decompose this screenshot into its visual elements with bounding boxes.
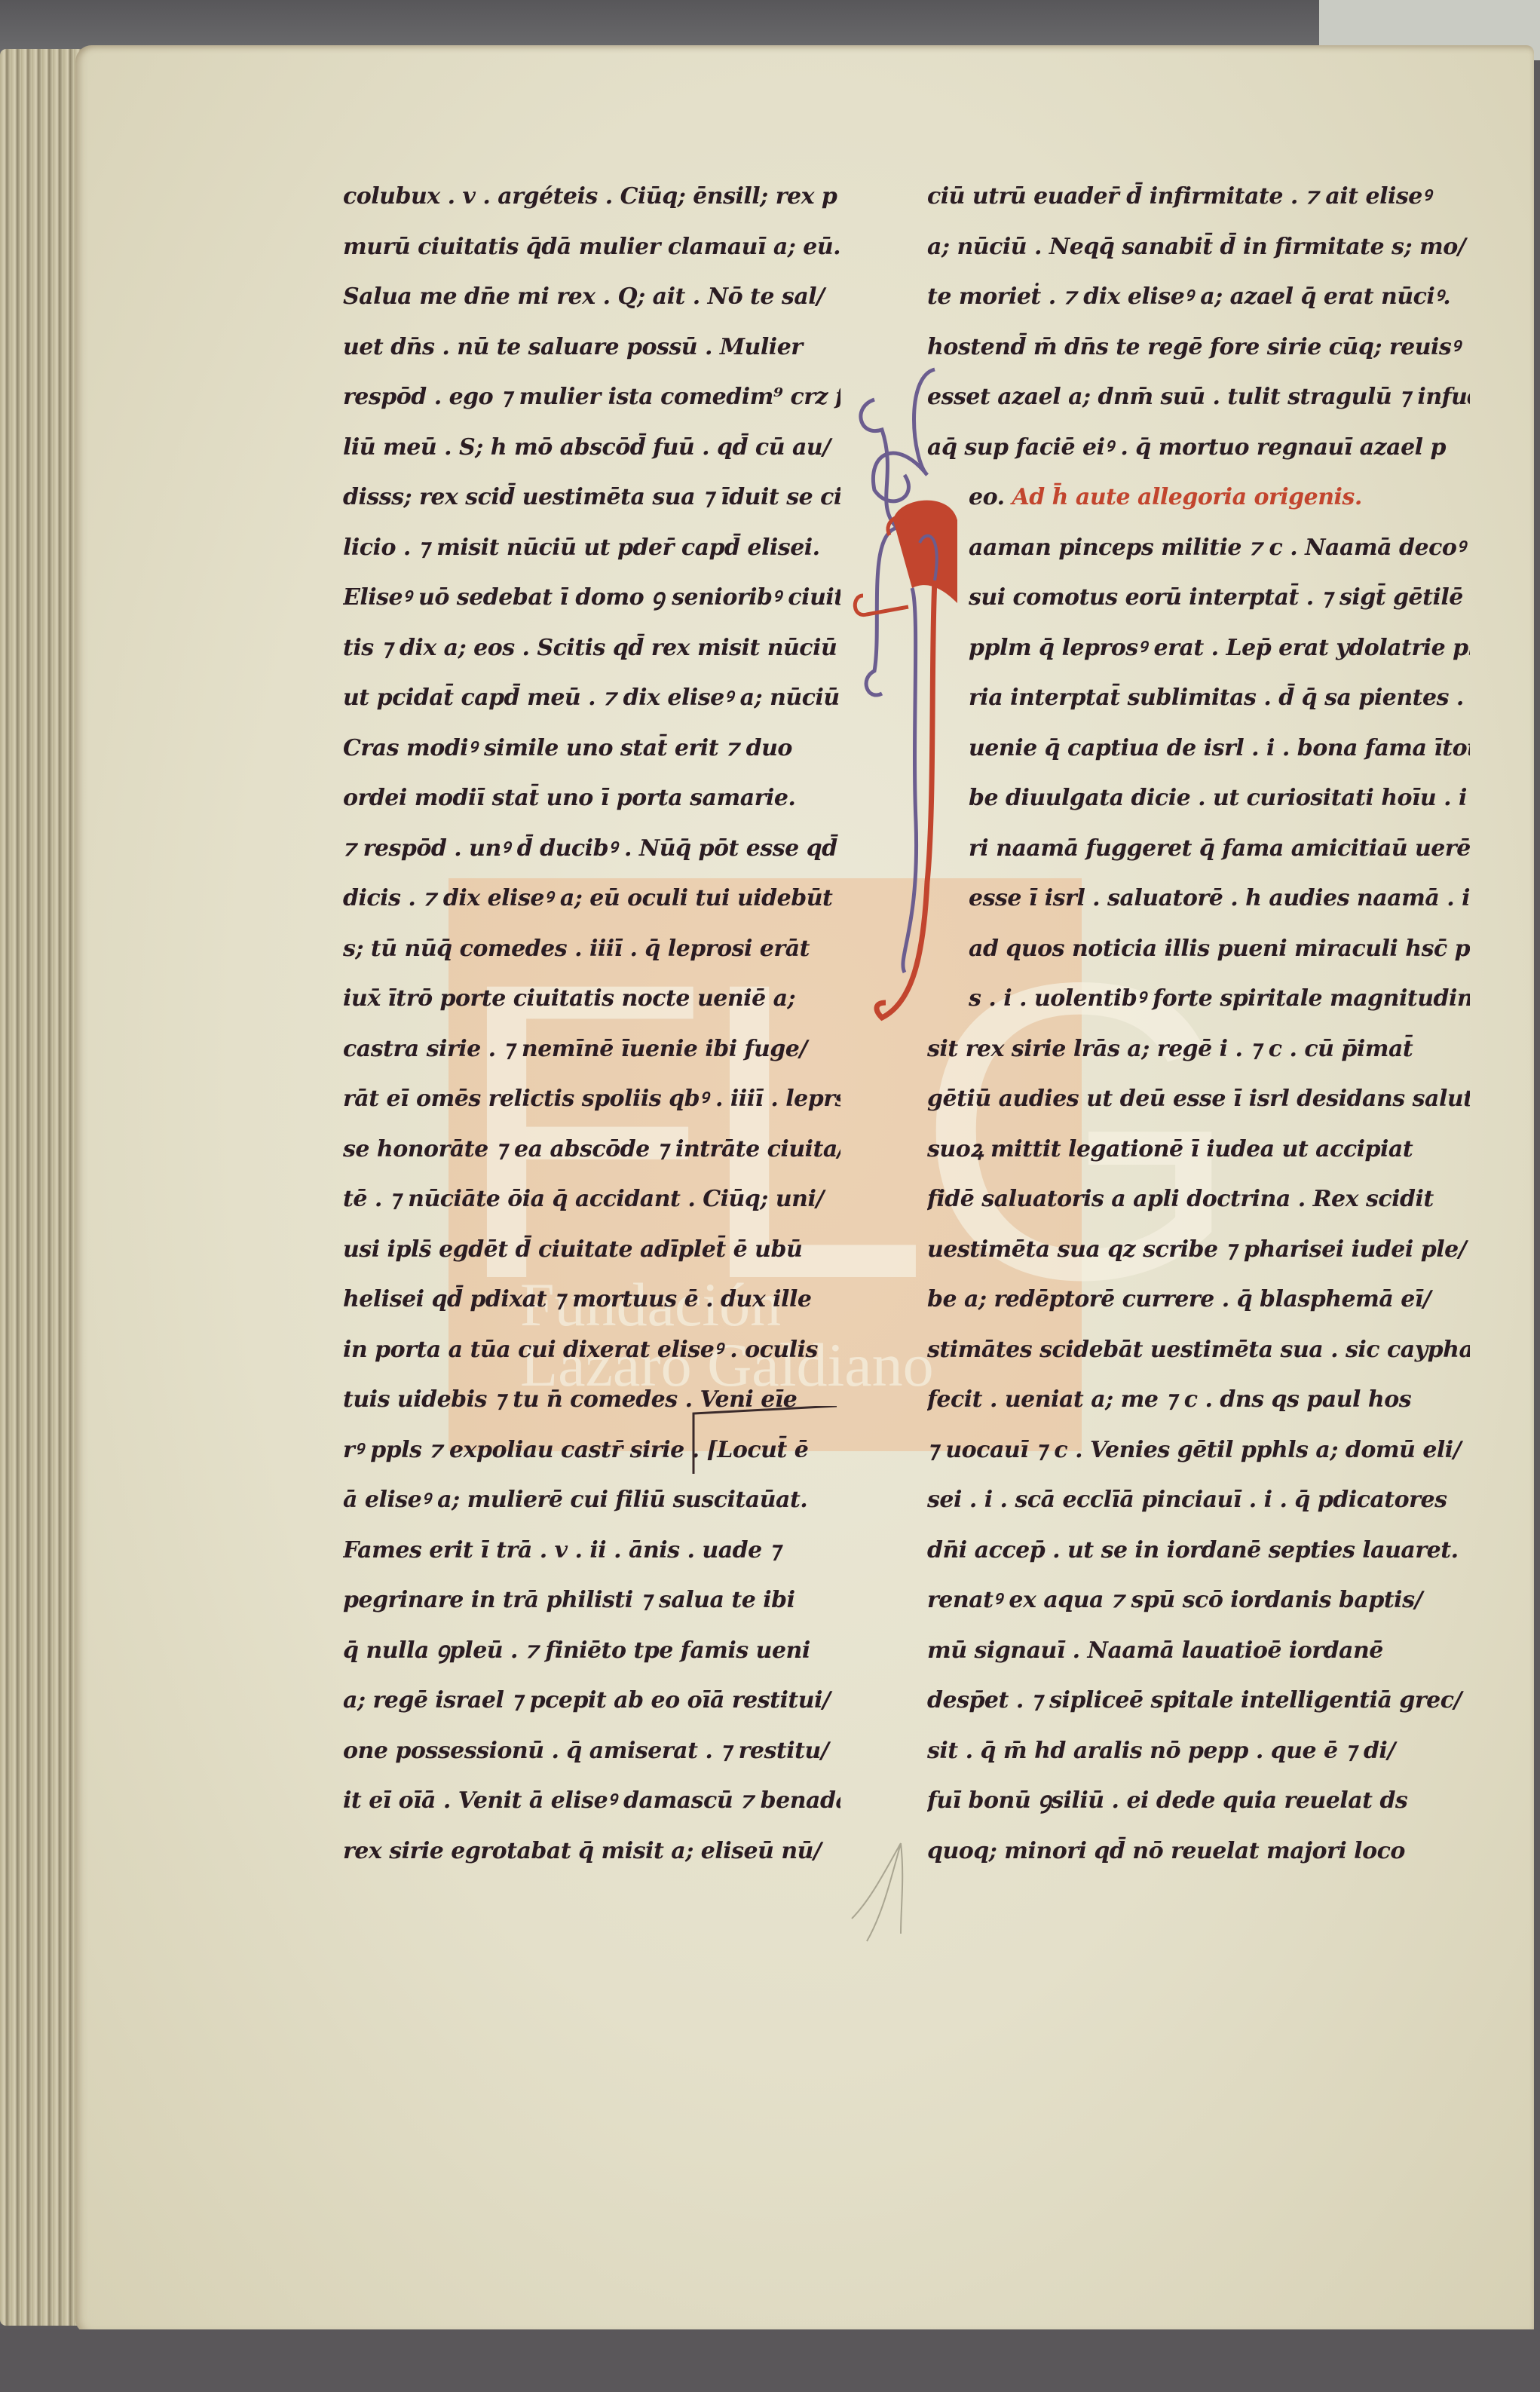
text-line: castra sirie . ⁊ nemīnē īuenie ibi fuge/ (343, 1024, 840, 1075)
text-line: respōd . ego ⁊ mulier ista comedim⁹ crz … (343, 372, 840, 423)
text-line: licio . ⁊ misit nūciū ut pder̄ capd̄ eli… (343, 523, 840, 574)
text-line: iux̄ ītrō porte ciuitatis nocte ueniē a; (343, 974, 840, 1024)
text-line: s . i . uolentibꝰ forte spiritale magnit… (927, 974, 1470, 1024)
text-line-body: mū signauī . Naamā lauatioē iordanē (927, 1637, 1383, 1664)
text-line-body: sei . i . scā ecclīā pinciauī . i . q̄ p… (927, 1487, 1447, 1513)
text-line: uestimēta sua qz scribe ⁊ pharisei iudei… (927, 1225, 1470, 1276)
text-line: be diuulgata dicie . ut curiositati hoīu… (927, 773, 1470, 824)
text-line: quoq; minori qd̄ nō reuelat majori loco (927, 1827, 1470, 1877)
text-line: pplm q̄ leprosꝰ erat . Lep̄ erat ydolatr… (927, 623, 1470, 674)
text-column-right: ciū utrū euader̄ d̄ infirmitate . ⁊ ait … (927, 172, 1470, 1876)
text-line: ⁊ uocauī ⁊ c . Venies gētil pphls a; dom… (927, 1426, 1470, 1476)
text-line-body: stimātes scidebāt uestimēta sua . sic ca… (927, 1337, 1470, 1363)
text-line: suoꝝ mittit legationē ī iudea ut accipia… (927, 1125, 1470, 1175)
text-line: helisei qd̄ pdixat ⁊ mortuus ē . dux ill… (343, 1275, 840, 1325)
text-line: ā eliseꝰ a; mulierē cui filiū suscitaūat… (343, 1475, 840, 1526)
text-line: in porta a tūa cui dixerat eliseꝰ . ocul… (343, 1325, 840, 1376)
text-line: hostend̄ m̄ dn̄s te regē fore sirie cūq;… (927, 323, 1470, 373)
text-line-body: renatꝰ ex aqua ⁊ spū scō iordanis baptis… (927, 1587, 1422, 1613)
pencil-annotation-icon (848, 1839, 908, 1952)
text-line-body: sit rex sirie lrās a; regē i . ⁊ c . cū … (927, 1036, 1413, 1062)
text-line-body: s . i . uolentibꝰ forte spiritale magnit… (969, 985, 1470, 1012)
text-line-body: fecit . ueniat a; me ⁊ c . dns qs paul h… (927, 1386, 1411, 1413)
text-line-body: pplm q̄ leprosꝰ erat . Lep̄ erat ydolatr… (969, 635, 1470, 661)
text-line: pegrinare in trā philisti ⁊ salua te ibi (343, 1576, 840, 1626)
text-line-body: ria interptat̄ sublimitas . d̄ q̄ sa pie… (969, 685, 1470, 711)
text-line: usi ipls̄ egdēt d̄ ciuitate adīplet̄ ē u… (343, 1225, 840, 1276)
text-line: se honorāte ⁊ ea abscōde ⁊ intrāte ciuit… (343, 1125, 840, 1175)
text-line: mū signauī . Naamā lauatioē iordanē (927, 1626, 1470, 1677)
text-line: renatꝰ ex aqua ⁊ spū scō iordanis baptis… (927, 1576, 1470, 1626)
photo-backdrop-bottom (0, 2329, 1540, 2392)
text-line-body: esset azael a; dnm̄ suū . tulit stragulū… (927, 384, 1470, 410)
text-line-body: ⁊ uocauī ⁊ c . Venies gētil pphls a; dom… (927, 1437, 1461, 1463)
text-line-body: ri naamā fuggeret q̄ fama amicitiaū uerē… (969, 835, 1470, 862)
text-line-body: esse ī isrl . saluatorē . h audies naamā… (969, 885, 1470, 911)
text-line-body: sui comotus eorū interptat̄ . ⁊ sigt̄ gē… (969, 584, 1463, 611)
text-line: aaman pinceps militie ⁊ c . Naamā decoꝰ (927, 523, 1470, 574)
text-line: desp̄et . ⁊ sipliceē spitale intelligent… (927, 1676, 1470, 1726)
text-line: fecit . ueniat a; me ⁊ c . dns qs paul h… (927, 1375, 1470, 1426)
text-line: uenie q̄ captiua de isrl . i . bona fama… (927, 724, 1470, 774)
text-line-body: ad quos noticia illis pueni miraculi hsc… (969, 936, 1470, 962)
text-line: Fames erit ī trā . v . ii . ānis . uade … (343, 1526, 840, 1576)
text-line: esset azael a; dnm̄ suū . tulit stragulū… (927, 372, 1470, 423)
text-line: disss; rex scid̄ uestimēta sua ⁊ īduit s… (343, 473, 840, 523)
text-line: sei . i . scā ecclīā pinciauī . i . q̄ p… (927, 1475, 1470, 1526)
text-line: tē . ⁊ nūciāte ōia q̄ accidant . Ciūq; u… (343, 1175, 840, 1225)
text-line: ordei modiī stat̄ uno ī porta samarie. (343, 773, 840, 824)
text-line: sit rex sirie lrās a; regē i . ⁊ c . cū … (927, 1024, 1470, 1075)
text-line-body: uestimēta sua qz scribe ⁊ pharisei iudei… (927, 1236, 1466, 1263)
text-line: be a; redēptorē currere . q̄ blasphemā e… (927, 1275, 1470, 1325)
text-line-body: hostend̄ m̄ dn̄s te regē fore sirie cūq;… (927, 334, 1459, 360)
text-line-body: be a; redēptorē currere . q̄ blasphemā e… (927, 1286, 1431, 1312)
text-line-body: uenie q̄ captiua de isrl . i . bona fama… (969, 735, 1470, 761)
text-line-body: dn̄i accep̄ . ut se in iordanē septies l… (927, 1537, 1459, 1564)
text-line: fidē saluatoris a apli doctrina . Rex sc… (927, 1175, 1470, 1225)
text-line: Cras modiꝰ simile uno stat̄ erit ⁊ duo (343, 724, 840, 774)
text-line: aq̄ sup faciē eiꝰ . q̄ mortuo regnauī az… (927, 423, 1470, 473)
text-line-body: eo. (969, 484, 1012, 510)
text-line-body: aq̄ sup faciē eiꝰ . q̄ mortuo regnauī az… (927, 434, 1446, 461)
marginal-bracket-icon (690, 1406, 840, 1474)
text-line: murū ciuitatis q̄dā mulier clamauī a; eū… (343, 222, 840, 273)
text-line: ria interptat̄ sublimitas . d̄ q̄ sa pie… (927, 673, 1470, 724)
decorated-initial-n-icon (852, 354, 957, 1033)
text-line: stimātes scidebāt uestimēta sua . sic ca… (927, 1325, 1470, 1376)
text-line-body: fidē saluatoris a apli doctrina . Rex sc… (927, 1186, 1434, 1212)
text-line: tis ⁊ dix a; eos . Scitis qd̄ rex misit … (343, 623, 840, 674)
text-line: rex sirie egrotabat q̄ misit a; eliseū n… (343, 1827, 840, 1877)
text-line-body: sit . q̄ m̄ hd aralis nō pepp . que ē ⁊ … (927, 1738, 1395, 1764)
text-line: eo. Ad h̄ aute allegoria origenis. (927, 473, 1470, 523)
text-line-body: ciū utrū euader̄ d̄ infirmitate . ⁊ ait … (927, 183, 1431, 210)
text-line-body: be diuulgata dicie . ut curiositati hoīu… (969, 785, 1470, 811)
text-line: it eī oīā . Venit ā eliseꝰ damascū ⁊ ben… (343, 1776, 840, 1827)
text-line-body: aaman pinceps militie ⁊ c . Naamā decoꝰ (969, 534, 1465, 561)
text-line: ad quos noticia illis pueni miraculi hsc… (927, 924, 1470, 975)
text-line: s; tū nūq̄ comedes . iiiī . q̄ leprosi e… (343, 924, 840, 975)
text-line-body: quoq; minori qd̄ nō reuelat majori loco (927, 1838, 1405, 1864)
text-line-body: desp̄et . ⁊ sipliceē spitale intelligent… (927, 1687, 1462, 1714)
text-line: ⁊ respōd . unꝰ d̄ ducibꝰ . Nūq̄ pōt esse… (343, 824, 840, 874)
rubric-heading: Ad h̄ aute allegoria origenis. (1012, 484, 1361, 510)
text-line: sui comotus eorū interptat̄ . ⁊ sigt̄ gē… (927, 573, 1470, 623)
text-line-body: fuī bonū ꝯsiliū . ei dede quia reuelat d… (927, 1787, 1407, 1814)
book-page-edges (0, 49, 83, 2326)
text-line: dicis . ⁊ dix eliseꝰ a; eū oculi tui uid… (343, 874, 840, 924)
text-line: liū meū . S; h mō abscōd̄ fuū . qd̄ cū a… (343, 423, 840, 473)
text-line: Salua me dn̄e mi rex . Q; ait . Nō te sa… (343, 272, 840, 323)
text-line: colubux . v . argéteis . Ciūq; ēnsill; r… (343, 172, 840, 222)
text-line-body: te morieṫ . ⁊ dix eliseꝰ a; azael q̄ era… (927, 283, 1450, 310)
text-line: te morieṫ . ⁊ dix eliseꝰ a; azael q̄ era… (927, 272, 1470, 323)
text-line: fuī bonū ꝯsiliū . ei dede quia reuelat d… (927, 1776, 1470, 1827)
text-line: gētiū audies ut deū esse ī isrl desidans… (927, 1074, 1470, 1125)
text-line-body: suoꝝ mittit legationē ī iudea ut accipia… (927, 1136, 1413, 1162)
text-line: dn̄i accep̄ . ut se in iordanē septies l… (927, 1526, 1470, 1576)
text-line-body: gētiū audies ut deū esse ī isrl desidans… (927, 1086, 1470, 1112)
text-line: uet dn̄s . nū te saluare possū . Mulier (343, 323, 840, 373)
text-line: q̄ nulla ꝯpleū . ⁊ finiēto tpe famis uen… (343, 1626, 840, 1677)
text-line: esse ī isrl . saluatorē . h audies naamā… (927, 874, 1470, 924)
text-line: ciū utrū euader̄ d̄ infirmitate . ⁊ ait … (927, 172, 1470, 222)
text-line: sit . q̄ m̄ hd aralis nō pepp . que ē ⁊ … (927, 1726, 1470, 1777)
text-line: a; regē israel ⁊ pcepit ab eo oīā restit… (343, 1676, 840, 1726)
text-line: rāt eī omēs relictis spoliis qbꝰ . iiiī … (343, 1074, 840, 1125)
text-line: one possessionū . q̄ amiserat . ⁊ restit… (343, 1726, 840, 1777)
text-line: ri naamā fuggeret q̄ fama amicitiaū uerē… (927, 824, 1470, 874)
text-line: a; nūciū . Neqq̄ sanabit̄ d̄ in firmitat… (927, 222, 1470, 273)
text-line-body: a; nūciū . Neqq̄ sanabit̄ d̄ in firmitat… (927, 234, 1465, 260)
text-column-left: colubux . v . argéteis . Ciūq; ēnsill; r… (343, 172, 840, 1876)
text-line: ut pcidat̄ capd̄ meū . ⁊ dix eliseꝰ a; n… (343, 673, 840, 724)
text-line: Eliseꝰ uō sedebat ī domo ꝯ senioribꝰ ciu… (343, 573, 840, 623)
